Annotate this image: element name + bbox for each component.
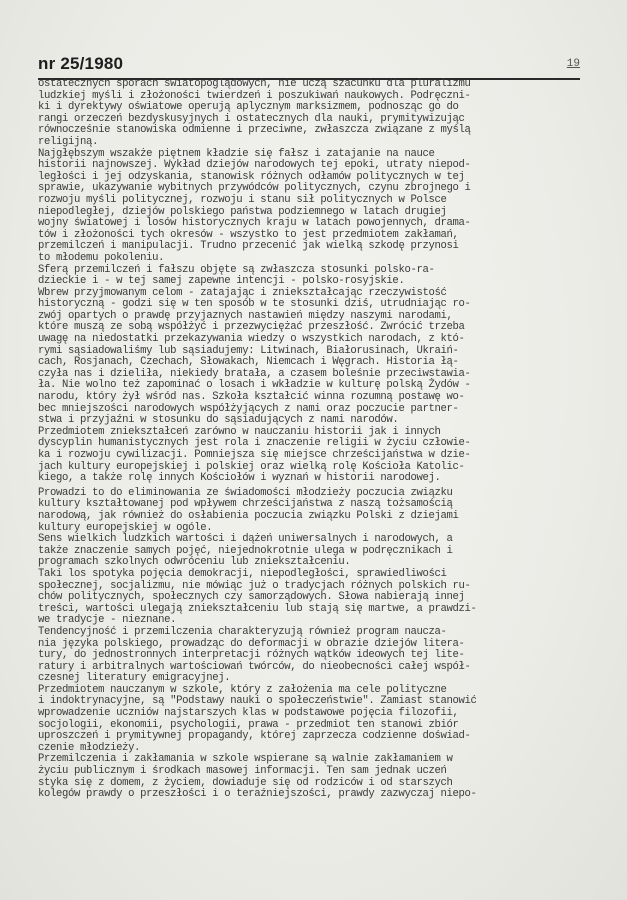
text-line: wojny światowej i losów historycznych kr… [38,218,583,230]
document-body: ostatecznych sporach światopoglądowych, … [38,79,583,801]
paragraph: Sferą przemilczeń i fałszu objęte są zwł… [38,265,583,288]
document-page: nr 25/1980 19 ostatecznych sporach świat… [0,0,627,900]
paragraph: Przedmiotem zniekształceń zarówno w nauc… [38,427,583,485]
text-line: ka i rozwoju cywilizacji. Pomniejsza się… [38,450,583,462]
paragraph: Taki los spotyka pojęcia demokracji, nie… [38,569,583,627]
text-line: dzieckie i - w tej samej zapewne intencj… [38,276,583,288]
text-line: chów politycznych, społecznych czy samor… [38,592,583,604]
text-line: kolegów prawdy o przeszłości i o teraźni… [38,789,583,801]
paragraph: Sens wielkich ludzkich wartości i dążeń … [38,534,583,569]
text-line: narodową, jak również do osłabienia pocz… [38,511,583,523]
text-line: wprowadzenie uczniów najstarszych klas w… [38,708,583,720]
text-line: uwagę na niedostatki przekazywania wiedz… [38,334,583,346]
text-line: kiego, a także rolę innych Kościołów i w… [38,473,583,485]
page-header: nr 25/1980 19 [38,58,580,80]
paragraph: Najgłębszym wszakże piętnem kładzie się … [38,149,583,265]
text-line: Sens wielkich ludzkich wartości i dążeń … [38,534,583,546]
text-line: życiu publicznym i środkach masowej info… [38,766,583,778]
page-number: 19 [567,58,580,70]
paragraph: Tendencyjność i przemilczenia charaktery… [38,627,583,685]
text-line: religijną. [38,137,583,149]
text-line: to młodemu pokoleniu. [38,253,583,265]
issue-number: nr 25/1980 [38,54,123,74]
paragraph: Przemilczenia i zakłamania w szkole wspi… [38,754,583,800]
text-line: Taki los spotyka pojęcia demokracji, nie… [38,569,583,581]
paragraph: Przedmiotem nauczanym w szkole, który z … [38,685,583,755]
text-line: tury, do jednostronnych interpretacji ró… [38,650,583,662]
text-line: równocześnie stanowiska odmienne i przec… [38,125,583,137]
text-line: ostatecznych sporach światopoglądowych, … [38,79,583,91]
text-line: historii najnowszej. Wykład dziejów naro… [38,160,583,172]
paragraph: Wbrew przyjmowanym celom - zatajając i z… [38,288,583,427]
paragraph: ostatecznych sporach światopoglądowych, … [38,79,583,149]
text-line: narodu, który żył wśród nas. Szkoła kszt… [38,392,583,404]
text-line: rozwoju myśli politycznej, rozwoju i sta… [38,195,583,207]
paragraph: Prowadzi to do eliminowania ze świadomoś… [38,488,583,534]
text-line: Tendencyjność i przemilczenia charaktery… [38,627,583,639]
